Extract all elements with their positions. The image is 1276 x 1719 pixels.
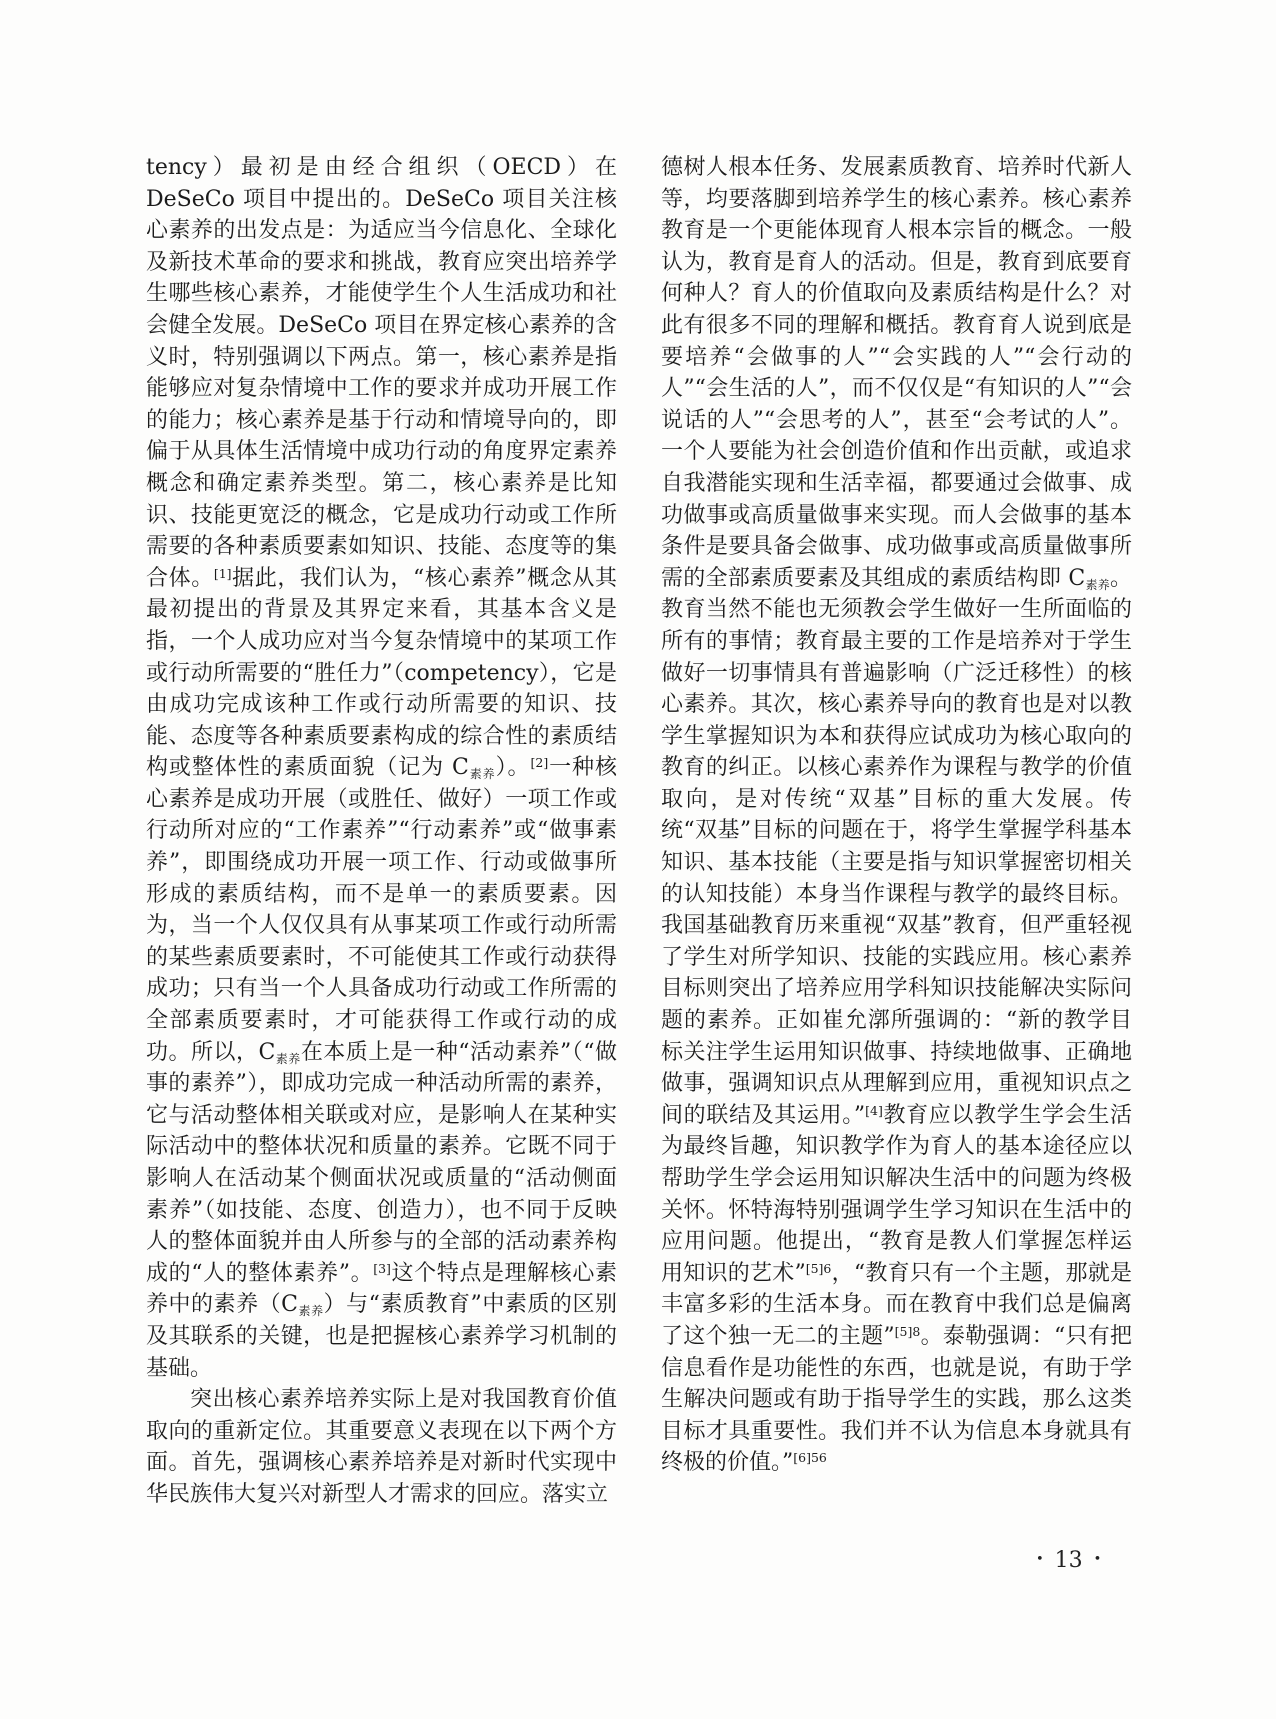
paragraph-education-value-reposition-continued: 德树人根本任务、发展素质教育、培养时代新人等，均要落脚到培养学生的核心素养。核心… xyxy=(661,152,1132,1479)
left-column: tency）最初是由经合组织（OECD）在 DeSeCo 项目中提出的。DeSe… xyxy=(146,152,617,1511)
body-text: 。教育当然不能也无须教会学生做好一生所面临的所有的事情；教育最主要的工作是培养对… xyxy=(661,566,1132,1128)
body-text: ）。 xyxy=(496,755,531,780)
citation-superscript: [1] xyxy=(214,566,232,581)
citation-superscript: [5]6 xyxy=(806,1261,832,1276)
citation-superscript: [5]8 xyxy=(895,1324,921,1339)
paragraph-education-value-reposition: 突出核心素养培养实际上是对我国教育价值取向的重新定位。其重要意义表现在以下两个方… xyxy=(146,1384,617,1510)
body-text: 教育应以教学生学会生活为最终旨趣，知识教学作为育人的基本途径应以帮助学生学会运用… xyxy=(661,1103,1132,1286)
page-number-value: 13 xyxy=(1055,1548,1083,1573)
page-number: • 13 • xyxy=(1036,1548,1101,1573)
citation-superscript: [2] xyxy=(530,755,548,770)
c-suyang-subscript: 素养 xyxy=(298,1304,324,1318)
body-text: 突出核心素养培养实际上是对我国教育价值取向的重新定位。其重要意义表现在以下两个方… xyxy=(146,1387,617,1507)
citation-superscript: [3] xyxy=(373,1261,391,1276)
citation-superscript: [6]56 xyxy=(793,1450,827,1465)
right-column: 德树人根本任务、发展素质教育、培养时代新人等，均要落脚到培养学生的核心素养。核心… xyxy=(661,152,1132,1511)
body-text: 一种核心素养是成功开展（或胜任、做好）一项工作或行动所对应的“工作素养”“行动素… xyxy=(146,755,617,1064)
c-suyang-subscript: 素养 xyxy=(469,767,496,781)
paragraph-core-competency-definition: tency）最初是由经合组织（OECD）在 DeSeCo 项目中提出的。DeSe… xyxy=(146,152,617,1384)
page-number-bullet-left: • xyxy=(1036,1552,1044,1567)
body-text: tency）最初是由经合组织（OECD）在 DeSeCo 项目中提出的。DeSe… xyxy=(146,155,617,591)
body-text: 在本质上是一种“活动素养”（“做事的素养”），即成功完成一种活动所需的素养，它与… xyxy=(146,1040,617,1286)
citation-superscript: [4] xyxy=(865,1103,883,1118)
text-area: tency）最初是由经合组织（OECD）在 DeSeCo 项目中提出的。DeSe… xyxy=(146,152,1132,1511)
c-suyang-subscript: 素养 xyxy=(275,1052,301,1066)
body-text: 据此，我们认为，“核心素养”概念从其最初提出的背景及其界定来看，其基本含义是指，… xyxy=(146,566,617,781)
body-text: 德树人根本任务、发展素质教育、培养时代新人等，均要落脚到培养学生的核心素养。核心… xyxy=(661,155,1132,591)
page-number-bullet-right: • xyxy=(1094,1552,1102,1567)
document-page: tency）最初是由经合组织（OECD）在 DeSeCo 项目中提出的。DeSe… xyxy=(0,0,1276,1719)
c-suyang-subscript: 素养 xyxy=(1085,578,1110,592)
